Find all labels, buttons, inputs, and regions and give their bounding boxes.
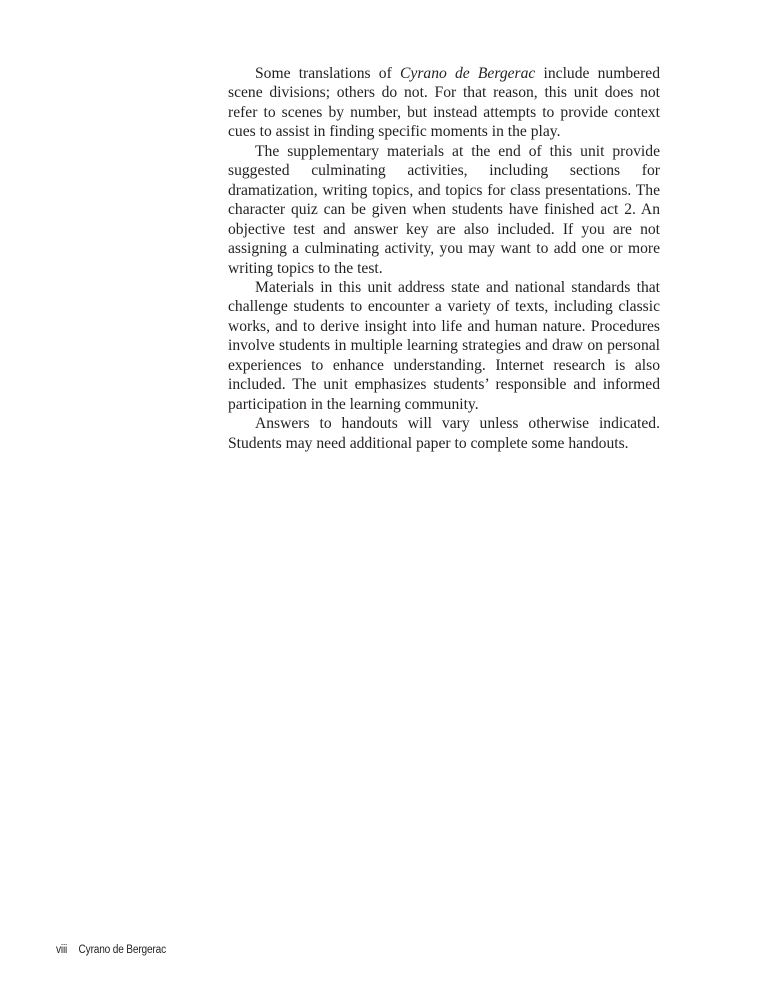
page-footer: viiiCyrano de Bergerac xyxy=(56,944,166,956)
book-title-italic: Cyrano de Bergerac xyxy=(400,65,535,82)
paragraph-standards: Materials in this unit address state and… xyxy=(228,278,660,414)
paragraph-scene-divisions: Some translations of Cyrano de Bergerac … xyxy=(228,64,660,142)
body-text-column: Some translations of Cyrano de Bergerac … xyxy=(228,64,660,453)
paragraph-supplementary-materials: The supplementary materials at the end o… xyxy=(228,142,660,278)
paragraph-answers: Answers to handouts will vary unless oth… xyxy=(228,414,660,453)
running-title: Cyrano de Bergerac xyxy=(79,944,166,956)
paragraph-text: Some translations of xyxy=(255,65,400,82)
page-number: viii xyxy=(56,944,67,956)
